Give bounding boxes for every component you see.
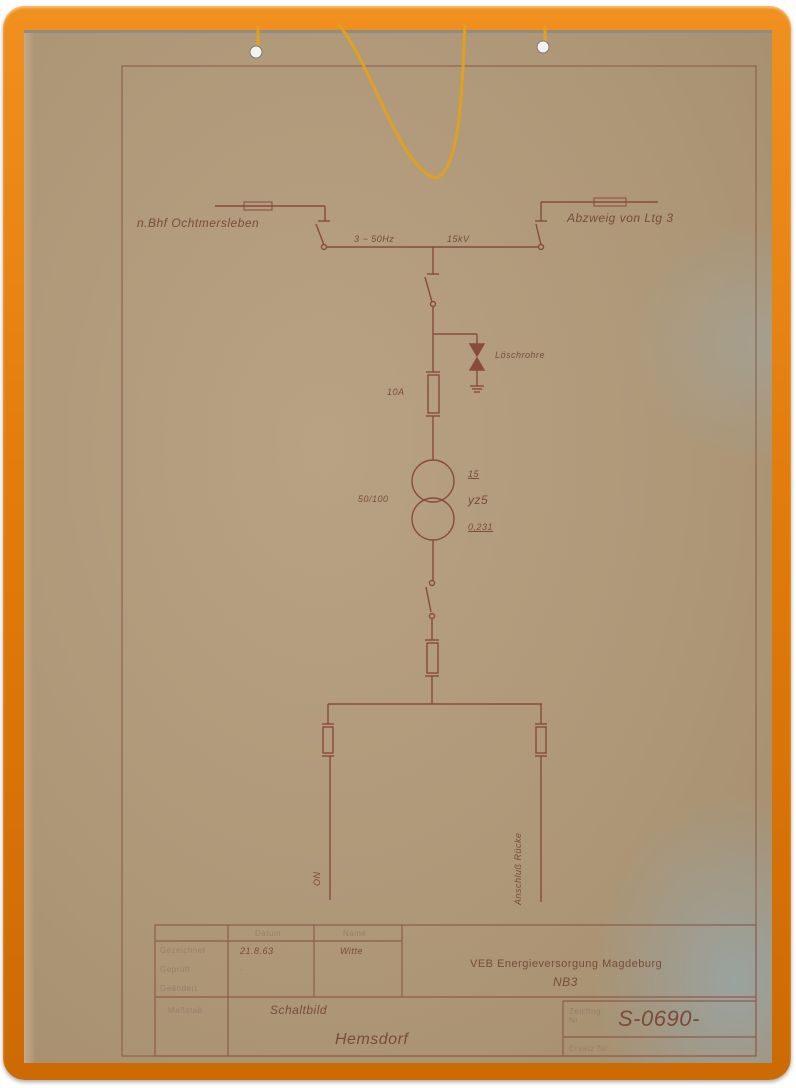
company-name: VEB Energieversorgung Magdeburg xyxy=(470,958,662,970)
row-changed-label: Geändert xyxy=(160,984,197,993)
pin-left xyxy=(250,46,262,58)
hv-fuse-rating: 10A xyxy=(387,387,405,397)
busbar-frequency: 3 ~ 50Hz xyxy=(354,234,394,244)
busbar-voltage: 15kV xyxy=(447,234,470,244)
left-feeder-label: n.Bhf Ochtmersleben xyxy=(137,216,259,230)
arrester-label: Löschrohre xyxy=(495,350,545,360)
drawing-no-label: Zeichng. Nr. xyxy=(569,1007,599,1025)
pin-right xyxy=(537,41,549,53)
transformer-power: 50/100 xyxy=(358,494,389,504)
transformer-secondary: 0,231 xyxy=(468,522,493,532)
hanging-cord xyxy=(338,24,465,178)
header-date: Datum xyxy=(255,929,281,938)
right-feeder-label: Abzweig von Ltg 3 xyxy=(567,211,674,225)
transformer-vector-group: yz5 xyxy=(468,493,488,507)
right-outgoing-label: Anschluß Rücke xyxy=(513,815,524,905)
header-name: Name xyxy=(343,929,366,938)
replaced-label: Ersatz für xyxy=(569,1044,608,1053)
row-drawn-label: Gezeichnet xyxy=(160,946,205,955)
left-outgoing-label: ON xyxy=(312,872,322,887)
drawing-number: S-0690- xyxy=(618,1006,700,1032)
schematic-lines xyxy=(0,0,796,1088)
row-checked-date: - xyxy=(240,965,243,974)
row-drawn-date: 21.8.63 xyxy=(240,946,274,956)
location-name: Hemsdorf xyxy=(335,1031,408,1049)
drawing-title: Schaltbild xyxy=(270,1003,327,1017)
scale-label: Maßstab xyxy=(168,1006,203,1015)
row-checked-label: Geprüft xyxy=(160,965,190,974)
row-drawn-name: Witte xyxy=(340,946,363,956)
transformer-primary: 15 xyxy=(468,469,479,479)
department: NB3 xyxy=(553,975,578,989)
